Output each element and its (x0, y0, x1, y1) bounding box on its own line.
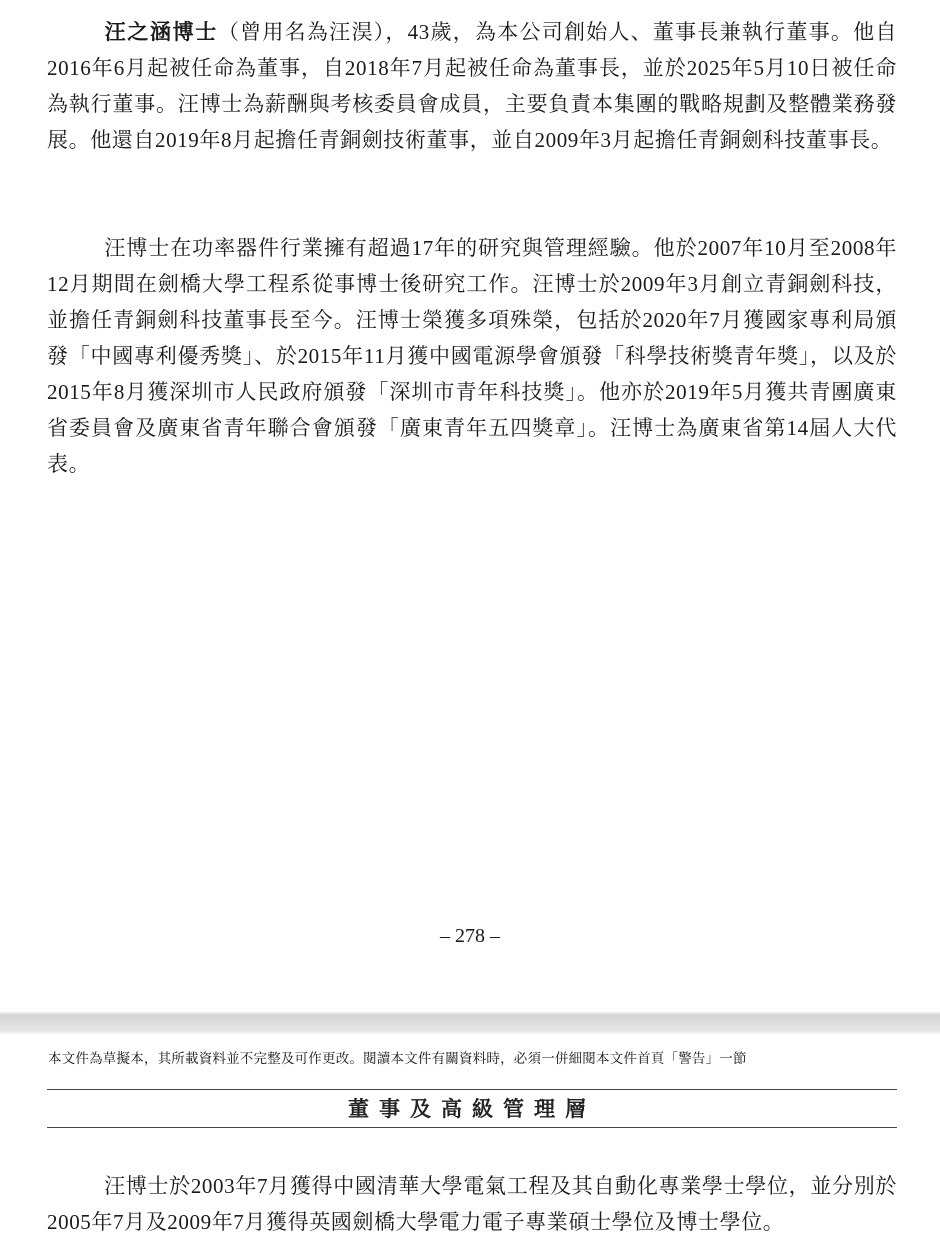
section-title-rule-top (47, 1089, 897, 1090)
paragraph-text: 汪博士在功率器件行業擁有超過17年的研究與管理經驗。他於2007年10月至200… (47, 236, 897, 476)
director-name: 汪之涵博士 (104, 20, 218, 44)
section-title: 董事及高級管理層 (47, 1092, 897, 1126)
biography-paragraph-appointments: 汪之涵博士（曾用名為汪淏），43歲，為本公司創始人、董事長兼執行董事。他自201… (47, 14, 897, 158)
document-page-278: 汪之涵博士（曾用名為汪淏），43歲，為本公司創始人、董事長兼執行董事。他自201… (0, 0, 940, 1012)
biography-paragraph-experience: 汪博士在功率器件行業擁有超過17年的研究與管理經驗。他於2007年10月至200… (47, 230, 897, 482)
section-title-rule-bottom (47, 1127, 897, 1128)
draft-disclaimer-header: 本文件為草擬本，其所載資料並不完整及可作更改。閱讀本文件有關資料時，必須一併細閱… (48, 1048, 747, 1070)
page-separator (0, 1012, 940, 1034)
document-page-next: 本文件為草擬本，其所載資料並不完整及可作更改。閱讀本文件有關資料時，必須一併細閱… (0, 1034, 940, 1252)
page-number: – 278 – (0, 922, 940, 950)
biography-paragraph-education: 汪博士於2003年7月獲得中國清華大學電氣工程及其自動化專業學士學位，並分別於2… (47, 1168, 897, 1240)
paragraph-text: 汪博士於2003年7月獲得中國清華大學電氣工程及其自動化專業學士學位，並分別於2… (47, 1174, 897, 1234)
